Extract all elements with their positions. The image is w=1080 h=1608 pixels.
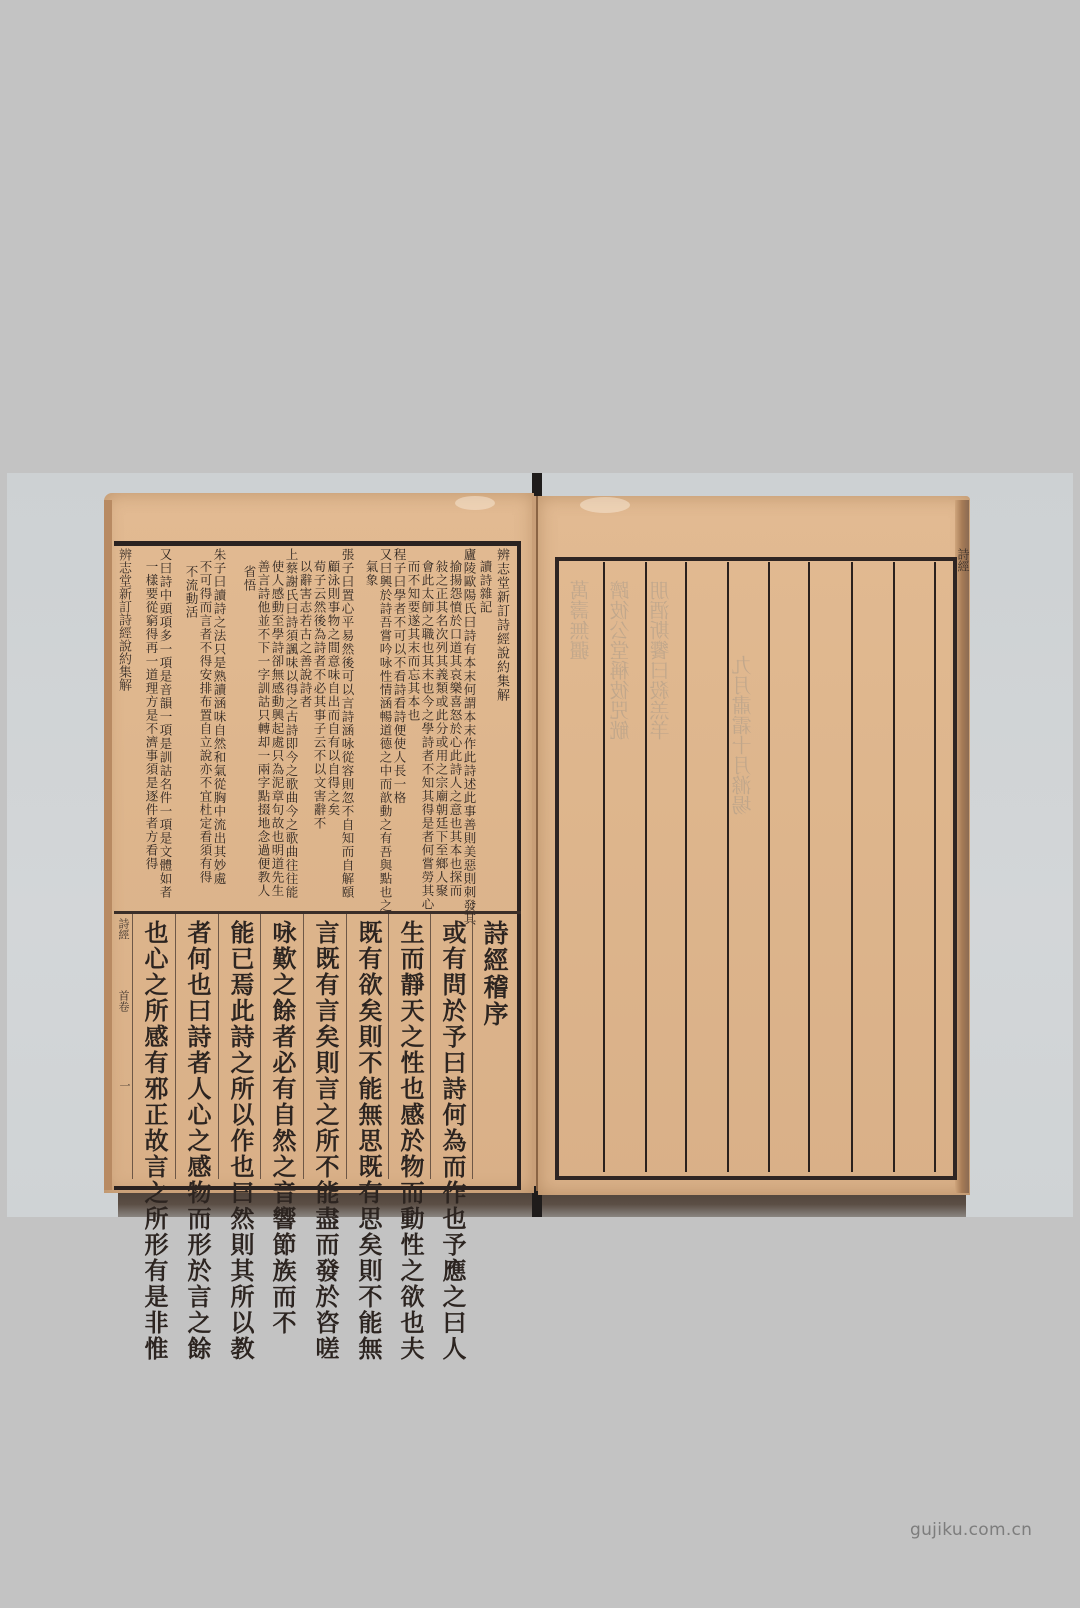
upper-column: 使人感動至學詩卻無感動興起處只為泥章句故也明道先生 <box>270 560 284 898</box>
ruled-line <box>727 562 729 1172</box>
lower-column: 咏歎之餘者必有自然之音響節族而不 <box>268 920 296 1336</box>
upper-column: 揄揚怨憤於口道其哀樂喜怒於心此詩人之意也其本也探而 <box>448 560 462 898</box>
upper-column: 顧泳則事物之間意味自出而自有以自得之矣 <box>326 560 340 817</box>
column-rule <box>472 914 473 1179</box>
paper-stain <box>580 497 630 513</box>
margin-page-number: 一 <box>116 1080 132 1091</box>
upper-column: 省悟 <box>242 565 256 592</box>
ruled-line <box>851 562 853 1172</box>
lower-heading: 詩經稽序 <box>480 920 508 1028</box>
column-rule <box>260 914 261 1179</box>
lower-column: 能已焉此詩之所以作也曰然則其所以教 <box>226 920 254 1362</box>
upper-column: 不流動活 <box>184 565 198 619</box>
right-page-edge <box>955 500 969 1193</box>
left-page-edge <box>104 500 112 1190</box>
paper-stain <box>455 496 495 510</box>
upper-column: 又曰興於詩吾嘗吟咏性情涵暢道德之中而歆動之有吾與點也之 <box>378 548 392 913</box>
right-page-frame <box>555 557 957 1180</box>
lower-column: 也心之所感有邪正故言之所形有是非惟 <box>140 920 168 1362</box>
upper-subheading: 讀詩雜記 <box>478 560 492 614</box>
column-rule <box>388 914 389 1179</box>
ruled-line <box>768 562 770 1172</box>
upper-column: 敍之正其名次列其義類或此分或用之宗廟朝廷下至鄉人聚 <box>434 560 448 898</box>
ruled-line <box>934 562 936 1172</box>
margin-title: 辨志堂新訂詩經說約集解 <box>116 548 131 691</box>
upper-column: 程子曰學者不可以不看詩看詩便使人長一格 <box>392 548 406 805</box>
upper-column: 又曰詩中頭項多一項是音韻一項是訓詁名件一項是文體如者 <box>158 548 172 899</box>
upper-column: 而不知要遂其末而忘其本也 <box>406 560 420 722</box>
upper-column: 不可得而言者不得安排布置自立說亦不宜杜定看須有得 <box>198 560 212 884</box>
margin-folio-chapter: 首卷 <box>115 990 131 1012</box>
upper-column: 朱子曰讀詩之法只是熟讀涵味自然和氣從胸中流出其妙處 <box>212 548 226 886</box>
lower-column: 生而靜天之性也感於物而動性之欲也夫 <box>396 920 424 1362</box>
column-rule <box>430 914 431 1179</box>
upper-heading-title: 辨志堂新訂詩經說約集解 <box>494 548 508 702</box>
column-rule <box>346 914 347 1179</box>
column-rule <box>132 914 133 1179</box>
ruled-line <box>685 562 687 1172</box>
upper-column: 荀子云然後為詩者不必其事子云不以文害辭不 <box>312 560 326 830</box>
column-rule <box>303 914 304 1179</box>
ruled-line <box>808 562 810 1172</box>
column-rule <box>175 914 176 1179</box>
upper-column: 張子曰置心平易然後可以言詩涵咏從容則忽不自知而自解頤 <box>340 548 354 899</box>
upper-column: 一樣要從窮得再一道理方是不濟事須是逐件者方看得 <box>144 560 158 871</box>
upper-column: 以辭害志若古之善說詩者 <box>298 560 312 709</box>
lower-column: 者何也曰詩者人心之感物而形於言之餘 <box>183 920 211 1362</box>
watermark: gujiku.com.cn <box>910 1520 1032 1540</box>
upper-column: 上蔡謝氏曰詩須諷味以得之古詩即今之歌曲今之歌曲往往能 <box>284 548 298 899</box>
lower-column: 或有問於予曰詩何為而作也予應之曰人 <box>438 920 466 1362</box>
right-margin-text: 詩經 <box>955 548 972 572</box>
upper-column: 廬陵歐陽氏曰詩有本末何謂本末作此詩述此事善則美惡則刺發其 <box>462 548 476 926</box>
ruled-line <box>893 562 895 1172</box>
lower-column: 既有欲矣則不能無思既有思矣則不能無 <box>354 920 382 1362</box>
ruled-line <box>603 562 605 1172</box>
ruled-line <box>645 562 647 1172</box>
upper-column: 善言詩他並不下一字訓詁只轉却一兩字點掇地念過便教人 <box>256 560 270 898</box>
lower-column: 言既有言矣則言之所不能盡而發於咨嗟 <box>311 920 339 1362</box>
upper-column: 會此太師之職也其末也今之學詩者不知其得是者何嘗勞其心 <box>420 560 434 911</box>
upper-column: 氣象 <box>364 560 378 587</box>
margin-folio-label: 詩經 <box>115 918 131 940</box>
column-rule <box>218 914 219 1179</box>
